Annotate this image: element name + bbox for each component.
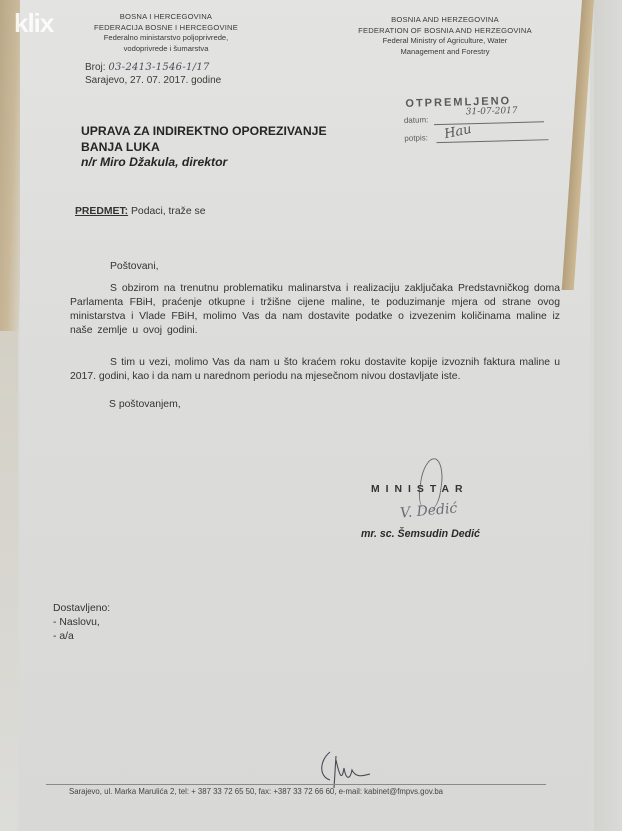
recipient-attention: n/r Miro Džakula, direktor — [81, 155, 327, 171]
letterhead-ministry: Federalno ministarstvo poljoprivrede, — [86, 33, 246, 44]
letterhead-ministry-en: Federal Ministry of Agriculture, Water — [350, 36, 540, 47]
salutation: Poštovani, — [110, 261, 159, 272]
subject-line: PREDMET: Podaci, traže se — [75, 206, 206, 217]
body-paragraph-2: S tim u vezi, molimo Vas da nam u što kr… — [70, 356, 560, 384]
footer-divider — [46, 784, 546, 785]
stamp-date-value: 31-07-2017 — [466, 106, 518, 117]
letterhead-ministry-en-cont: Management and Forestry — [350, 47, 540, 58]
letterhead-english: BOSNIA AND HERZEGOVINA FEDERATION OF BOS… — [350, 15, 540, 57]
letterhead-country-en: BOSNIA AND HERZEGOVINA — [350, 15, 540, 26]
letterhead-ministry-cont: vodoprivrede i šumarstva — [86, 44, 246, 55]
closing: S poštovanjem, — [109, 399, 181, 410]
subject-label: PREDMET: — [75, 206, 128, 217]
subject-text: Podaci, traže se — [128, 206, 205, 217]
background-left — [0, 331, 18, 831]
signatory-title: MINISTAR — [371, 484, 468, 495]
distribution-label: Dostavljeno: — [53, 602, 110, 616]
stamp-date-line — [434, 121, 544, 125]
stamp-date-label: datum: — [404, 115, 429, 125]
recipient-office: UPRAVA ZA INDIREKTNO OPOREZIVANJE — [81, 124, 327, 140]
distribution-item: - a/a — [53, 630, 110, 644]
distribution-item: - Naslovu, — [53, 616, 110, 630]
reference-number-value: 03-2413-1546-1/17 — [108, 62, 209, 73]
recipient-block: UPRAVA ZA INDIREKTNO OPOREZIVANJE BANJA … — [81, 124, 327, 171]
letterhead-federation-en: FEDERATION OF BOSNIA AND HERZEGOVINA — [350, 26, 540, 37]
body-paragraph-1: S obzirom na trenutnu problematiku malin… — [70, 282, 560, 338]
recipient-city: BANJA LUKA — [81, 140, 327, 156]
reference-block: Broj: 03-2413-1546-1/17 Sarajevo, 27. 07… — [85, 61, 221, 87]
place-date: Sarajevo, 27. 07. 2017. godine — [85, 74, 221, 87]
background-right — [594, 0, 622, 831]
letterhead-country: BOSNA I HERCEGOVINA — [86, 12, 246, 23]
stamp-signature: Hau — [443, 122, 473, 142]
stamp-signature-label: potpis: — [404, 133, 428, 143]
footer-contact: Sarajevo, ul. Marka Marulića 2, tel: + 3… — [69, 787, 443, 796]
distribution-list: Dostavljeno: - Naslovu, - a/a — [53, 602, 110, 644]
reference-number-label: Broj: — [85, 62, 106, 73]
dispatch-stamp: OTPREMLJENO datum: 31-07-2017 potpis: Ha… — [403, 94, 554, 153]
letterhead-local: BOSNA I HERCEGOVINA FEDERACIJA BOSNE I H… — [86, 12, 246, 54]
watermark-logo: klix — [14, 8, 53, 39]
signatory-name: mr. sc. Šemsudin Dedić — [361, 528, 480, 540]
letterhead-federation: FEDERACIJA BOSNE I HERCEGOVINE — [86, 23, 246, 34]
